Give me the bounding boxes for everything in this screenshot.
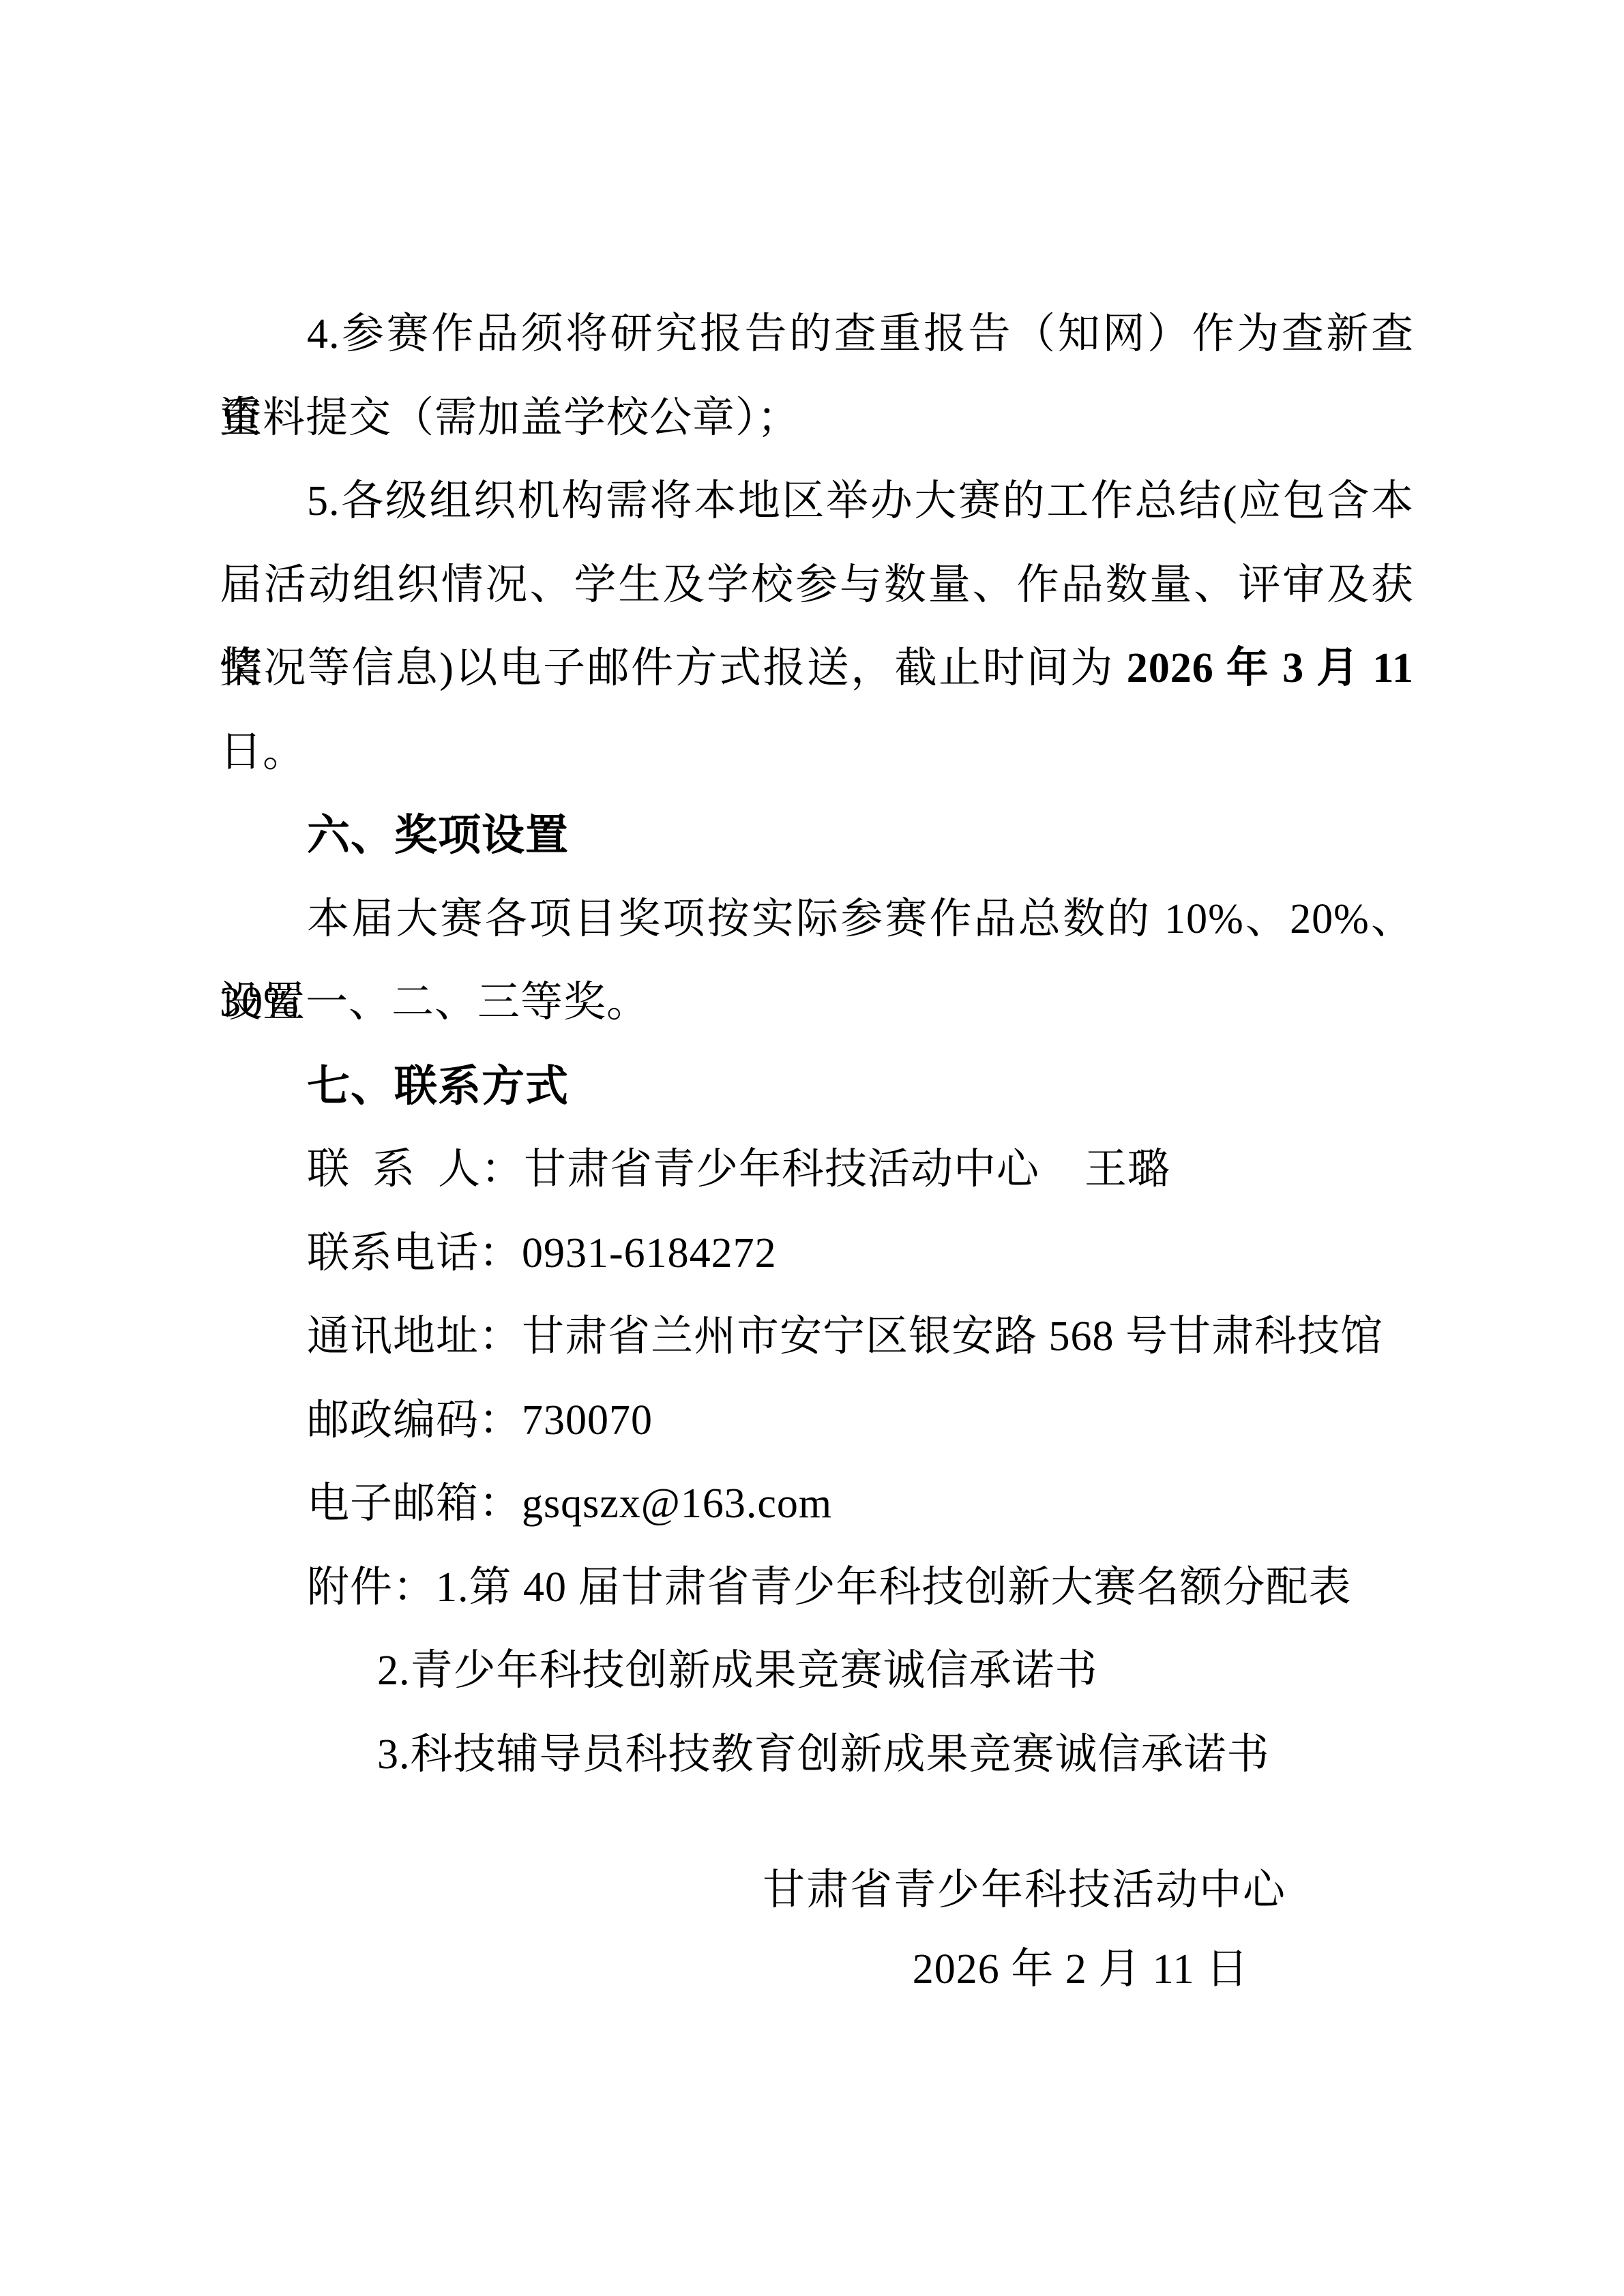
section-heading-contact: 七、联系方式 xyxy=(220,1045,1414,1129)
attachment-item-3: 3.科技辅导员科技教育创新成果竞赛诚信承诺书 xyxy=(220,1713,1414,1797)
rule4-line-2: 资料提交（需加盖学校公章）； xyxy=(220,376,1414,460)
section-heading-awards: 六、奖项设置 xyxy=(220,794,1414,878)
awards-line-1: 本届大赛各项目奖项按实际参赛作品总数的 10%、20%、30% xyxy=(220,878,1414,961)
signature-org: 甘肃省青少年科技活动中心 xyxy=(763,1849,1286,1932)
attachment-item-2: 2.青少年科技创新成果竞赛诚信承诺书 xyxy=(220,1629,1414,1713)
contact-address: 通讯地址：甘肃省兰州市安宁区银安路 568 号甘肃科技馆 xyxy=(220,1295,1414,1379)
rule5-line-3: 情况等信息)以电子邮件方式报送，截止时间为 2026 年 3 月 11 xyxy=(220,627,1414,711)
signature-date: 2026 年 2 月 11 日 xyxy=(913,1928,1249,2011)
rule4-line-1: 4.参赛作品须将研究报告的查重报告（知网）作为查新查重 xyxy=(220,293,1414,376)
rule5-line-4: 日。 xyxy=(220,711,1414,794)
rule5-line-1: 5.各级组织机构需将本地区举办大赛的工作总结(应包含本 xyxy=(220,460,1414,543)
contact-person: 联 系 人：甘肃省青少年科技活动中心 王璐 xyxy=(220,1128,1414,1212)
attachments-line-1: 附件：1.第 40 届甘肃省青少年科技创新大赛名额分配表 xyxy=(220,1546,1414,1630)
awards-line-2: 设置一、二、三等奖。 xyxy=(220,961,1414,1045)
rule5-line-2: 届活动组织情况、学生及学校参与数量、作品数量、评审及获奖 xyxy=(220,543,1414,627)
contact-postcode: 邮政编码：730070 xyxy=(220,1379,1414,1463)
contact-email: 电子邮箱：gsqszx@163.com xyxy=(220,1462,1414,1546)
document-page: 4.参赛作品须将研究报告的查重报告（知网）作为查新查重 资料提交（需加盖学校公章… xyxy=(0,0,1624,2296)
document-body: 4.参赛作品须将研究报告的查重报告（知网）作为查新查重 资料提交（需加盖学校公章… xyxy=(220,293,1414,1796)
contact-phone: 联系电话：0931-6184272 xyxy=(220,1212,1414,1296)
deadline-date: 2026 年 3 月 11 xyxy=(1127,645,1414,691)
rule5-line-3-text: 情况等信息)以电子邮件方式报送，截止时间为 xyxy=(220,645,1127,691)
